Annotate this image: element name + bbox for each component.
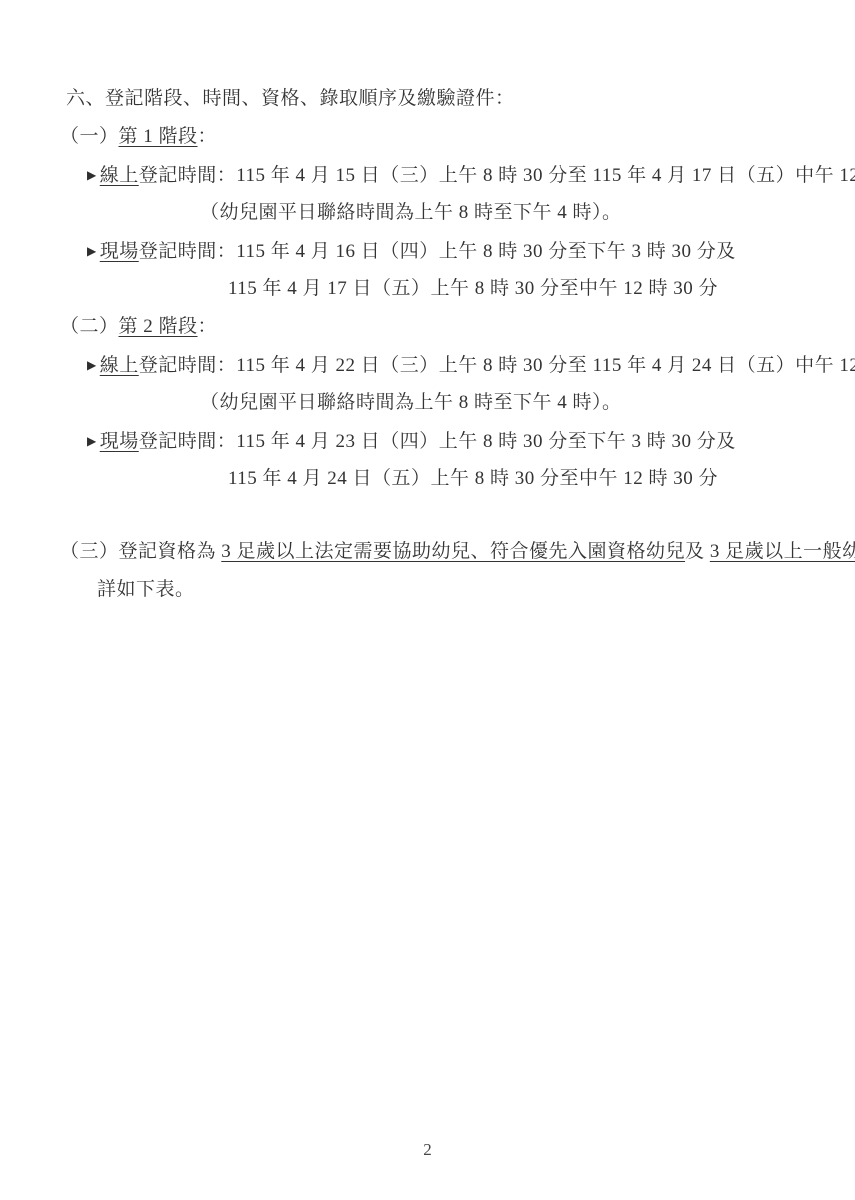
stage-2-heading: （二）第 2 階段： <box>60 308 815 346</box>
document-page: 六、登記階段、時間、資格、錄取順序及繳驗證件： （一）第 1 階段： ▶線上登記… <box>0 0 855 1200</box>
stage-2-colon: ： <box>198 316 218 337</box>
stage-2-onsite-registration-line: ▶現場登記時間：115 年 4 月 23 日（四）上午 8 時 30 分至下午 … <box>87 422 815 460</box>
blank-spacer <box>0 498 815 533</box>
onsite-time-text-2: 115 年 4 月 17 日（五）上午 8 時 30 分至中午 12 時 30 … <box>228 278 718 299</box>
item-3-label: （三） <box>60 541 119 562</box>
eligibility-group-2: 3 足歲以上一般幼兒 <box>710 541 855 562</box>
section-heading-text: 六、登記階段、時間、資格、錄取順序及繳驗證件： <box>66 88 515 109</box>
see-table-below-text: 詳如下表。 <box>97 579 195 600</box>
registration-time-label: 登記時間： <box>139 241 237 262</box>
stage-1-onsite-registration-line: ▶現場登記時間：115 年 4 月 16 日（四）上午 8 時 30 分至下午 … <box>87 232 815 270</box>
page-number: 2 <box>0 1140 855 1160</box>
onsite-label: 現場 <box>100 241 139 262</box>
eligibility-paragraph-line-2: 詳如下表。 <box>97 571 815 609</box>
page-content: 六、登記階段、時間、資格、錄取順序及繳驗證件： （一）第 1 階段： ▶線上登記… <box>0 80 815 609</box>
stage-1-onsite-continuation-line: 115 年 4 月 17 日（五）上午 8 時 30 分至中午 12 時 30 … <box>228 270 815 308</box>
stage-2-label: （二） <box>60 316 119 337</box>
stage-1-title: 第 1 階段 <box>119 126 198 147</box>
online-label: 線上 <box>100 165 139 186</box>
stage-2-online-note-line: （幼兒園平日聯絡時間為上午 8 時至下午 4 時）。 <box>200 384 815 422</box>
online-label: 線上 <box>100 355 139 376</box>
section-heading: 六、登記階段、時間、資格、錄取順序及繳驗證件： <box>66 80 815 118</box>
eligibility-connector: 及 <box>685 541 710 562</box>
stage-1-online-registration-line: ▶線上登記時間：115 年 4 月 15 日（三）上午 8 時 30 分至 11… <box>87 156 815 194</box>
triangle-bullet-icon: ▶ <box>87 232 97 270</box>
stage-1-colon: ： <box>198 126 218 147</box>
registration-time-label: 登記時間： <box>139 165 237 186</box>
triangle-bullet-icon: ▶ <box>87 346 97 384</box>
eligibility-prefix: 登記資格為 <box>119 541 222 562</box>
eligibility-group-1: 3 足歲以上法定需要協助幼兒、符合優先入園資格幼兒 <box>221 541 685 562</box>
contact-hours-note: （幼兒園平日聯絡時間為上午 8 時至下午 4 時）。 <box>200 202 622 223</box>
stage-1-label: （一） <box>60 126 119 147</box>
stage-1-online-note-line: （幼兒園平日聯絡時間為上午 8 時至下午 4 時）。 <box>200 194 815 232</box>
stage-2-online-registration-line: ▶線上登記時間：115 年 4 月 22 日（三）上午 8 時 30 分至 11… <box>87 346 815 384</box>
triangle-bullet-icon: ▶ <box>87 156 97 194</box>
onsite-time-text: 115 年 4 月 23 日（四）上午 8 時 30 分至下午 3 時 30 分… <box>236 431 736 452</box>
stage-2-onsite-continuation-line: 115 年 4 月 24 日（五）上午 8 時 30 分至中午 12 時 30 … <box>228 460 815 498</box>
onsite-time-text-2: 115 年 4 月 24 日（五）上午 8 時 30 分至中午 12 時 30 … <box>228 468 718 489</box>
stage-2-title: 第 2 階段 <box>119 316 198 337</box>
onsite-label: 現場 <box>100 431 139 452</box>
registration-time-label: 登記時間： <box>139 431 237 452</box>
online-time-text: 115 年 4 月 22 日（三）上午 8 時 30 分至 115 年 4 月 … <box>236 355 855 376</box>
contact-hours-note: （幼兒園平日聯絡時間為上午 8 時至下午 4 時）。 <box>200 392 622 413</box>
onsite-time-text: 115 年 4 月 16 日（四）上午 8 時 30 分至下午 3 時 30 分… <box>236 241 736 262</box>
eligibility-paragraph-line-1: （三）登記資格為 3 足歲以上法定需要協助幼兒、符合優先入園資格幼兒及 3 足歲… <box>60 533 815 571</box>
registration-time-label: 登記時間： <box>139 355 237 376</box>
triangle-bullet-icon: ▶ <box>87 422 97 460</box>
stage-1-heading: （一）第 1 階段： <box>60 118 815 156</box>
online-time-text: 115 年 4 月 15 日（三）上午 8 時 30 分至 115 年 4 月 … <box>236 165 855 186</box>
